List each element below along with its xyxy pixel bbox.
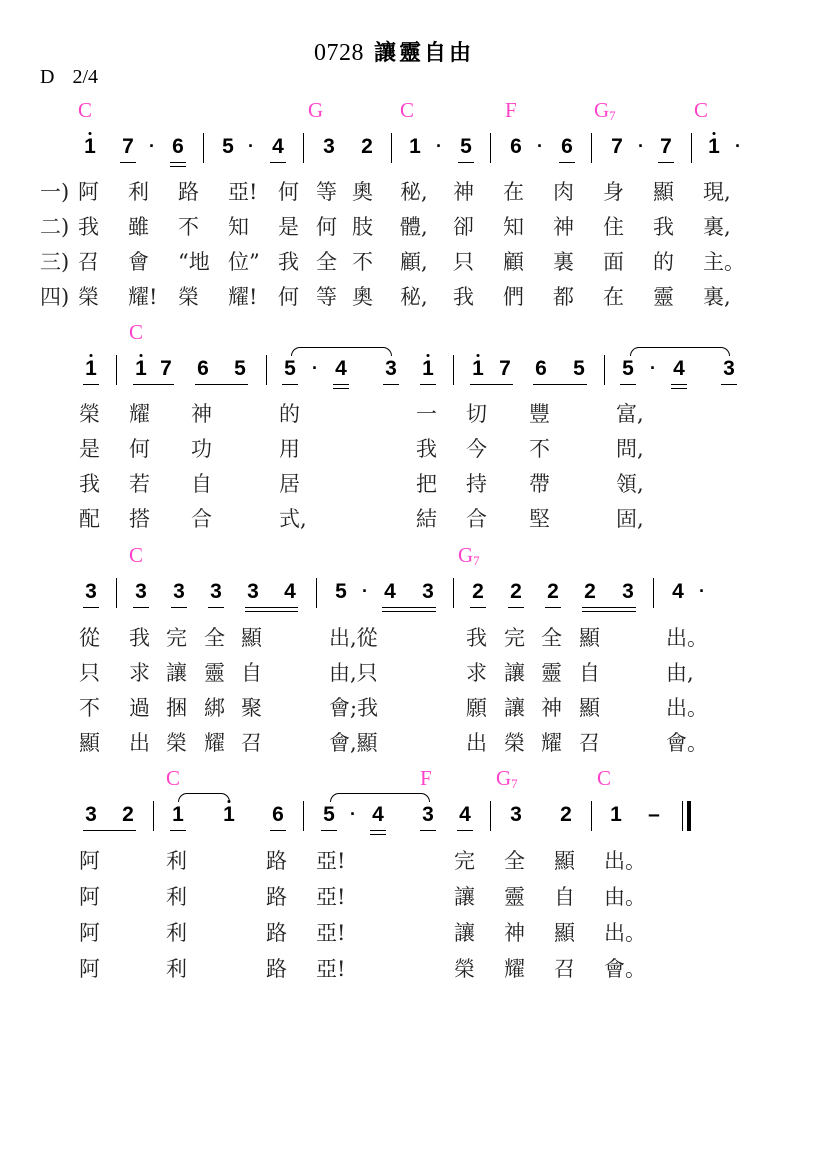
- lyric-chorus-b-1: 從: [79, 622, 100, 652]
- lyric-ending-4: 路: [266, 953, 287, 983]
- lyric-ending-2: 由。: [604, 881, 646, 911]
- chord-symbol: F: [505, 98, 517, 123]
- lyric-chorus-b-1: 我: [129, 622, 150, 652]
- lyric-ending-4: 會。: [604, 953, 646, 983]
- lyric-chorus-b-4: 會。: [666, 727, 708, 757]
- lyric-chorus-a-1: 豐: [529, 398, 550, 428]
- lyric-ending-4: 阿: [79, 953, 100, 983]
- lyric-verse-3: 我: [278, 246, 299, 276]
- lyric-ending-3: 顯: [554, 917, 575, 947]
- lyric-chorus-a-1: 富,: [616, 398, 644, 428]
- lyric-verse-4: 在: [603, 281, 624, 311]
- beam-underline: [270, 162, 286, 163]
- lyric-verse-1: 身: [603, 176, 624, 206]
- lyric-verse-1: 阿: [78, 176, 99, 206]
- lyric-chorus-b-1: 顯: [241, 622, 262, 652]
- chord-symbol: G7: [594, 98, 616, 124]
- beam-underline: [208, 607, 224, 608]
- note: 3: [170, 580, 188, 604]
- lyric-verse-3: “地: [178, 246, 210, 276]
- lyric-verse-1: 在: [503, 176, 524, 206]
- note: 4: [381, 580, 399, 604]
- lyric-chorus-b-4: 榮: [504, 727, 525, 757]
- lyric-chorus-a-1: 的: [279, 398, 300, 428]
- lyric-verse-1: 亞!: [228, 176, 257, 206]
- lyric-chorus-a-4: 合: [191, 503, 212, 533]
- beam-underline: [470, 607, 486, 608]
- slur: [178, 793, 230, 802]
- lyric-chorus-a-4: 搭: [129, 503, 150, 533]
- lyric-chorus-b-3: 神: [541, 692, 562, 722]
- chord-symbol: G7: [496, 766, 518, 792]
- lyric-verse-2: 住: [603, 211, 624, 241]
- bar-line: [303, 801, 304, 831]
- lyric-chorus-b-1: 出。: [666, 622, 708, 652]
- note: 4: [369, 803, 387, 827]
- note: 3: [419, 803, 437, 827]
- beam-underline: [470, 384, 513, 385]
- beam-underline: [245, 611, 298, 612]
- lyric-chorus-a-2: 我: [416, 433, 437, 463]
- beam-underline: [282, 384, 298, 385]
- beam-underline: [671, 388, 687, 389]
- lyric-chorus-b-4: 會,顯: [329, 727, 378, 757]
- lyric-chorus-a-3: 我: [79, 468, 100, 498]
- lyric-chorus-a-2: 問,: [616, 433, 644, 463]
- note: 1: [81, 135, 99, 159]
- note: 7: [496, 357, 514, 381]
- lyric-ending-1: 全: [504, 845, 525, 875]
- note: 7: [119, 135, 137, 159]
- note: 1: [607, 803, 625, 827]
- lyric-ending-1: 出。: [604, 845, 646, 875]
- lyric-verse-1: 等: [316, 176, 337, 206]
- lyric-ending-3: 阿: [79, 917, 100, 947]
- beam-underline: [671, 384, 687, 385]
- note: 1: [82, 357, 100, 381]
- bar-line: [490, 801, 491, 831]
- augmentation-dot: ·: [436, 136, 442, 157]
- lyric-ending-2: 靈: [504, 881, 525, 911]
- lyric-verse-1: 路: [178, 176, 199, 206]
- note: 2: [358, 135, 376, 159]
- lyric-verse-1: 何: [278, 176, 299, 206]
- chord-symbol: C: [129, 543, 143, 568]
- beam-underline: [721, 384, 737, 385]
- beam-underline: [133, 384, 174, 385]
- note: 4: [670, 357, 688, 381]
- lyric-chorus-a-2: 今: [466, 433, 487, 463]
- lyric-chorus-a-1: 切: [466, 398, 487, 428]
- note: 5: [231, 357, 249, 381]
- lyric-chorus-b-4: 耀: [204, 727, 225, 757]
- lyric-ending-3: 出。: [604, 917, 646, 947]
- chord-symbol: G7: [458, 543, 480, 569]
- lyric-verse-2: 體,: [400, 211, 428, 241]
- beam-underline: [582, 611, 636, 612]
- lyric-verse-2: 我: [78, 211, 99, 241]
- lyric-chorus-a-3: 把: [416, 468, 437, 498]
- lyric-verse-3: 面: [603, 246, 624, 276]
- beam-underline: [658, 162, 674, 163]
- lyric-verse-2: 何: [316, 211, 337, 241]
- beam-underline: [420, 830, 436, 831]
- lyric-chorus-a-3: 自: [191, 468, 212, 498]
- lyric-chorus-b-3: 出。: [666, 692, 708, 722]
- lyric-verse-3: 顧: [503, 246, 524, 276]
- beam-underline: [170, 830, 186, 831]
- lyric-ending-2: 路: [266, 881, 287, 911]
- lyric-verse-2: 肢: [352, 211, 373, 241]
- beam-underline: [270, 830, 286, 831]
- note: 3: [507, 803, 525, 827]
- augmentation-dot: ·: [149, 136, 155, 157]
- lyric-chorus-a-1: 一: [416, 398, 437, 428]
- lyric-verse-4: 奧: [352, 281, 373, 311]
- lyric-chorus-a-4: 結: [416, 503, 437, 533]
- lyric-ending-2: 利: [166, 881, 187, 911]
- lyric-verse-4: 何: [278, 281, 299, 311]
- note: 3: [320, 135, 338, 159]
- beam-underline: [321, 830, 337, 831]
- note: 7: [657, 135, 675, 159]
- bar-line: [604, 355, 605, 385]
- lyric-ending-2: 自: [554, 881, 575, 911]
- lyric-verse-4: 我: [453, 281, 474, 311]
- augmentation-dot: ·: [537, 136, 543, 157]
- chord-symbol: C: [597, 766, 611, 791]
- lyric-verse-1: 秘,: [400, 176, 428, 206]
- lyric-verse-3: 會: [128, 246, 149, 276]
- bar-line: [391, 133, 392, 163]
- beam-underline: [458, 162, 474, 163]
- lyric-verse-1: 現,: [703, 176, 731, 206]
- beam-underline: [620, 384, 636, 385]
- note: 5: [320, 803, 338, 827]
- note: 3: [720, 357, 738, 381]
- lyric-chorus-b-1: 完: [504, 622, 525, 652]
- slur: [330, 793, 430, 802]
- lyric-verse-4: 裏,: [703, 281, 731, 311]
- lyric-chorus-b-1: 完: [166, 622, 187, 652]
- lyric-verse-2: 神: [553, 211, 574, 241]
- lyric-verse-2: 知: [228, 211, 249, 241]
- lyric-chorus-b-2: 自: [241, 657, 262, 687]
- bar-line: [266, 355, 267, 385]
- note: 1: [406, 135, 424, 159]
- note: 5: [281, 357, 299, 381]
- lyric-verse-4: 榮: [178, 281, 199, 311]
- lyric-chorus-a-3: 若: [129, 468, 150, 498]
- lyric-chorus-b-2: 求: [129, 657, 150, 687]
- note: 4: [669, 580, 687, 604]
- lyric-chorus-a-1: 榮: [79, 398, 100, 428]
- chord-symbol: C: [166, 766, 180, 791]
- beam-underline: [508, 607, 524, 608]
- lyric-chorus-a-2: 是: [79, 433, 100, 463]
- lyric-verse-2: 卻: [453, 211, 474, 241]
- lyric-ending-2: 亞!: [316, 881, 345, 911]
- final-bar-line: [687, 801, 691, 831]
- lyric-verse-4: 耀!: [128, 281, 157, 311]
- lyric-ending-3: 讓: [454, 917, 475, 947]
- bar-line: [116, 355, 117, 385]
- augmentation-dot: ·: [638, 136, 644, 157]
- note: 1: [132, 357, 150, 381]
- beam-underline: [133, 607, 149, 608]
- lyric-verse-2: 二): [40, 211, 69, 241]
- lyric-chorus-a-3: 持: [466, 468, 487, 498]
- beam-underline: [171, 607, 187, 608]
- note: 1: [469, 357, 487, 381]
- lyric-verse-4: 四): [40, 281, 69, 311]
- note: 5: [570, 357, 588, 381]
- chord-symbol: C: [400, 98, 414, 123]
- note: 4: [269, 135, 287, 159]
- lyric-chorus-b-2: 只: [79, 657, 100, 687]
- song-number: 0728: [314, 40, 364, 66]
- lyric-chorus-b-1: 出,從: [329, 622, 378, 652]
- lyric-chorus-b-3: 聚: [241, 692, 262, 722]
- note: 6: [558, 135, 576, 159]
- note: 2: [557, 803, 575, 827]
- lyric-chorus-b-4: 出: [466, 727, 487, 757]
- lyric-verse-1: 利: [128, 176, 149, 206]
- lyric-verse-3: 只: [453, 246, 474, 276]
- note: 6: [269, 803, 287, 827]
- beam-underline: [559, 162, 575, 163]
- note: 1: [169, 803, 187, 827]
- note: 3: [132, 580, 150, 604]
- beam-underline: [170, 166, 186, 167]
- beam-underline: [382, 611, 436, 612]
- lyric-verse-4: 榮: [78, 281, 99, 311]
- lyric-ending-1: 亞!: [316, 845, 345, 875]
- lyric-ending-4: 亞!: [316, 953, 345, 983]
- lyric-verse-3: 顧,: [400, 246, 428, 276]
- note: 7: [608, 135, 626, 159]
- augmentation-dot: ·: [650, 358, 656, 379]
- lyric-ending-3: 利: [166, 917, 187, 947]
- beam-underline: [170, 162, 186, 163]
- lyric-chorus-b-4: 榮: [166, 727, 187, 757]
- augmentation-dot: ·: [735, 136, 741, 157]
- lyric-ending-4: 利: [166, 953, 187, 983]
- note: 5: [457, 135, 475, 159]
- lyric-chorus-b-3: 不: [79, 692, 100, 722]
- beam-underline: [383, 384, 399, 385]
- note: 5: [619, 357, 637, 381]
- lyric-chorus-b-1: 全: [204, 622, 225, 652]
- lyric-chorus-a-3: 領,: [616, 468, 644, 498]
- lyric-verse-1: 神: [453, 176, 474, 206]
- lyric-chorus-b-3: 綁: [204, 692, 225, 722]
- note: 6: [194, 357, 212, 381]
- beam-underline: [83, 384, 99, 385]
- note: 2: [544, 580, 562, 604]
- lyric-chorus-b-2: 靈: [204, 657, 225, 687]
- lyric-verse-3: 召: [78, 246, 99, 276]
- lyric-chorus-a-2: 功: [191, 433, 212, 463]
- beam-underline: [333, 388, 349, 389]
- note: 6: [169, 135, 187, 159]
- beam-underline: [333, 384, 349, 385]
- lyric-verse-1: 顯: [653, 176, 674, 206]
- note: 4: [332, 357, 350, 381]
- note: 1: [705, 135, 723, 159]
- lyric-chorus-b-4: 召: [241, 727, 262, 757]
- lyric-verse-3: 三): [40, 246, 69, 276]
- sustain-dash: –: [645, 803, 663, 827]
- lyric-chorus-a-4: 堅: [529, 503, 550, 533]
- beam-underline: [195, 384, 248, 385]
- lyric-verse-3: 的: [653, 246, 674, 276]
- chord-symbol: G: [308, 98, 323, 123]
- lyric-chorus-b-4: 耀: [541, 727, 562, 757]
- bar-line: [691, 133, 692, 163]
- lyric-chorus-a-2: 不: [529, 433, 550, 463]
- time-signature: 2/4: [72, 66, 98, 88]
- lyric-ending-1: 完: [454, 845, 475, 875]
- lyric-verse-4: 秘,: [400, 281, 428, 311]
- lyric-chorus-b-3: 捆: [166, 692, 187, 722]
- lyric-ending-1: 阿: [79, 845, 100, 875]
- note: 3: [82, 803, 100, 827]
- lyric-ending-3: 路: [266, 917, 287, 947]
- lyric-verse-1: 奧: [352, 176, 373, 206]
- lyric-chorus-b-3: 讓: [504, 692, 525, 722]
- key-signature: D2/4: [40, 66, 98, 89]
- lyric-ending-3: 神: [504, 917, 525, 947]
- note: 4: [281, 580, 299, 604]
- song-title: 0728讓靈自由: [314, 36, 474, 67]
- lyric-ending-1: 路: [266, 845, 287, 875]
- note: 2: [119, 803, 137, 827]
- lyric-chorus-b-1: 顯: [579, 622, 600, 652]
- lyric-chorus-b-4: 召: [579, 727, 600, 757]
- lyric-chorus-a-3: 居: [279, 468, 300, 498]
- lyric-ending-4: 榮: [454, 953, 475, 983]
- lyric-verse-2: 不: [178, 211, 199, 241]
- bar-line: [116, 578, 117, 608]
- note: 2: [581, 580, 599, 604]
- lyric-verse-4: 都: [553, 281, 574, 311]
- lyric-verse-4: 耀!: [228, 281, 257, 311]
- note: 2: [507, 580, 525, 604]
- lyric-verse-3: 全: [316, 246, 337, 276]
- lyric-verse-3: 不: [352, 246, 373, 276]
- bar-line: [682, 801, 683, 831]
- lyric-chorus-a-4: 配: [79, 503, 100, 533]
- note: 6: [507, 135, 525, 159]
- lyric-chorus-b-1: 全: [541, 622, 562, 652]
- note: 7: [157, 357, 175, 381]
- lyric-chorus-a-1: 耀: [129, 398, 150, 428]
- note: 5: [332, 580, 350, 604]
- note: 3: [82, 580, 100, 604]
- song-name: 讓靈自由: [374, 41, 474, 66]
- note: 6: [532, 357, 550, 381]
- chord-symbol: F: [420, 766, 432, 791]
- lyric-chorus-b-4: 出: [129, 727, 150, 757]
- lyric-verse-1: 肉: [553, 176, 574, 206]
- slur: [291, 347, 392, 356]
- lyric-ending-4: 召: [554, 953, 575, 983]
- note: 3: [207, 580, 225, 604]
- bar-line: [453, 355, 454, 385]
- lyric-chorus-b-2: 由,: [666, 657, 694, 687]
- lyric-chorus-a-4: 合: [466, 503, 487, 533]
- lyric-chorus-b-2: 求: [466, 657, 487, 687]
- beam-underline: [83, 830, 136, 831]
- lyric-verse-4: 靈: [653, 281, 674, 311]
- lyric-chorus-a-3: 帶: [529, 468, 550, 498]
- lyric-verse-2: 我: [653, 211, 674, 241]
- lyric-ending-2: 阿: [79, 881, 100, 911]
- lyric-verse-3: 位”: [228, 246, 260, 276]
- lyric-chorus-b-3: 會;我: [329, 692, 378, 722]
- note: 3: [382, 357, 400, 381]
- lyric-chorus-b-3: 願: [466, 692, 487, 722]
- chord-symbol: C: [129, 320, 143, 345]
- bar-line: [203, 133, 204, 163]
- lyric-verse-4: 等: [316, 281, 337, 311]
- note: 5: [219, 135, 237, 159]
- beam-underline: [120, 162, 136, 163]
- lyric-verse-3: 主。: [703, 246, 745, 276]
- beam-underline: [370, 830, 386, 831]
- note: 3: [619, 580, 637, 604]
- note: 1: [220, 803, 238, 827]
- beam-underline: [382, 607, 436, 608]
- beam-underline: [245, 607, 298, 608]
- note: 3: [244, 580, 262, 604]
- lyric-verse-3: 裏: [553, 246, 574, 276]
- lyric-chorus-a-1: 神: [191, 398, 212, 428]
- lyric-ending-4: 耀: [504, 953, 525, 983]
- lyric-verse-2: 是: [278, 211, 299, 241]
- lyric-ending-1: 顯: [554, 845, 575, 875]
- slur: [630, 347, 730, 356]
- chord-symbol: C: [694, 98, 708, 123]
- augmentation-dot: ·: [362, 581, 368, 602]
- lyric-verse-4: 們: [503, 281, 524, 311]
- key: D: [40, 66, 54, 88]
- augmentation-dot: ·: [699, 581, 705, 602]
- beam-underline: [370, 834, 386, 835]
- bar-line: [653, 578, 654, 608]
- beam-underline: [545, 607, 561, 608]
- bar-line: [591, 133, 592, 163]
- lyric-verse-2: 知: [503, 211, 524, 241]
- beam-underline: [457, 830, 473, 831]
- note: 3: [419, 580, 437, 604]
- lyric-chorus-b-2: 靈: [541, 657, 562, 687]
- beam-underline: [83, 607, 99, 608]
- bar-line: [453, 578, 454, 608]
- bar-line: [316, 578, 317, 608]
- lyric-chorus-a-4: 式,: [279, 503, 307, 533]
- note: 2: [469, 580, 487, 604]
- lyric-chorus-b-4: 顯: [79, 727, 100, 757]
- lyric-verse-2: 裏,: [703, 211, 731, 241]
- lyric-chorus-a-2: 用: [279, 433, 300, 463]
- bar-line: [490, 133, 491, 163]
- bar-line: [303, 133, 304, 163]
- lyric-ending-2: 讓: [454, 881, 475, 911]
- beam-underline: [420, 384, 436, 385]
- lyric-chorus-b-3: 過: [129, 692, 150, 722]
